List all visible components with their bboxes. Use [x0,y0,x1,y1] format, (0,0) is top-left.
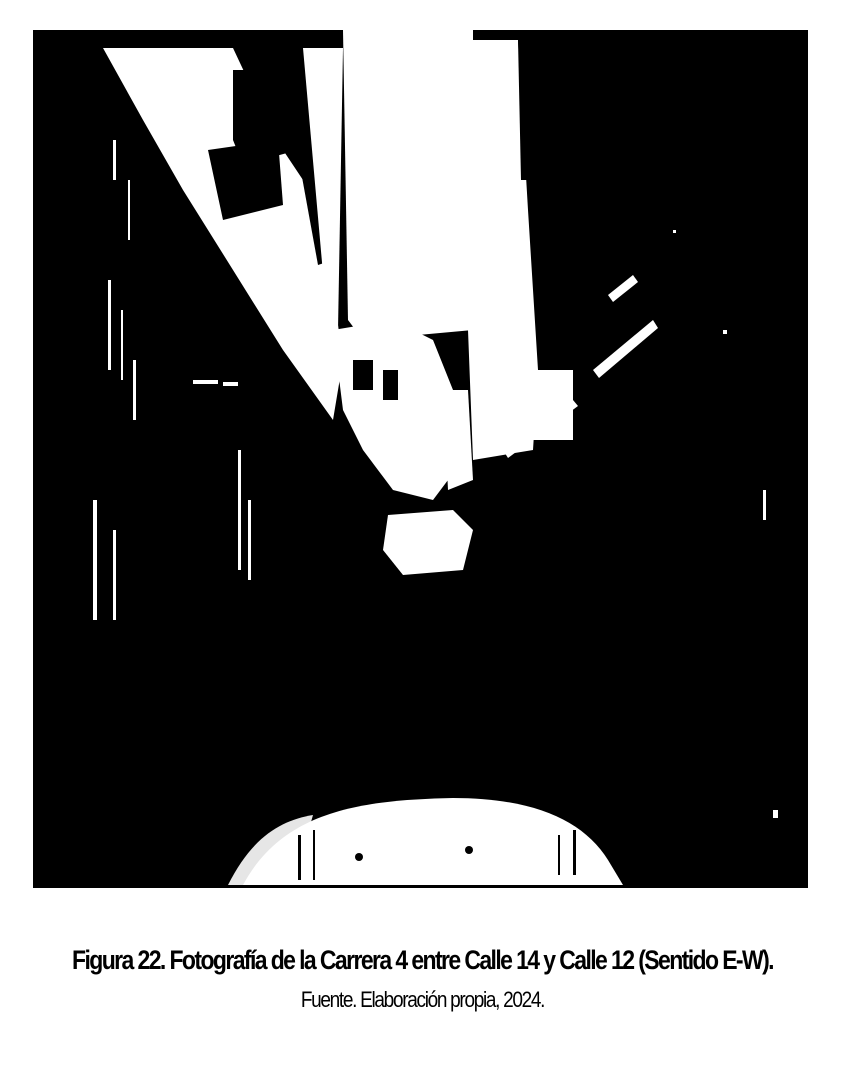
figure-source: Fuente. Elaboración propia, 2024. [0,988,845,1014]
figure-caption: Figura 22. Fotografía de la Carrera 4 en… [0,944,845,976]
street-photograph [33,30,808,888]
